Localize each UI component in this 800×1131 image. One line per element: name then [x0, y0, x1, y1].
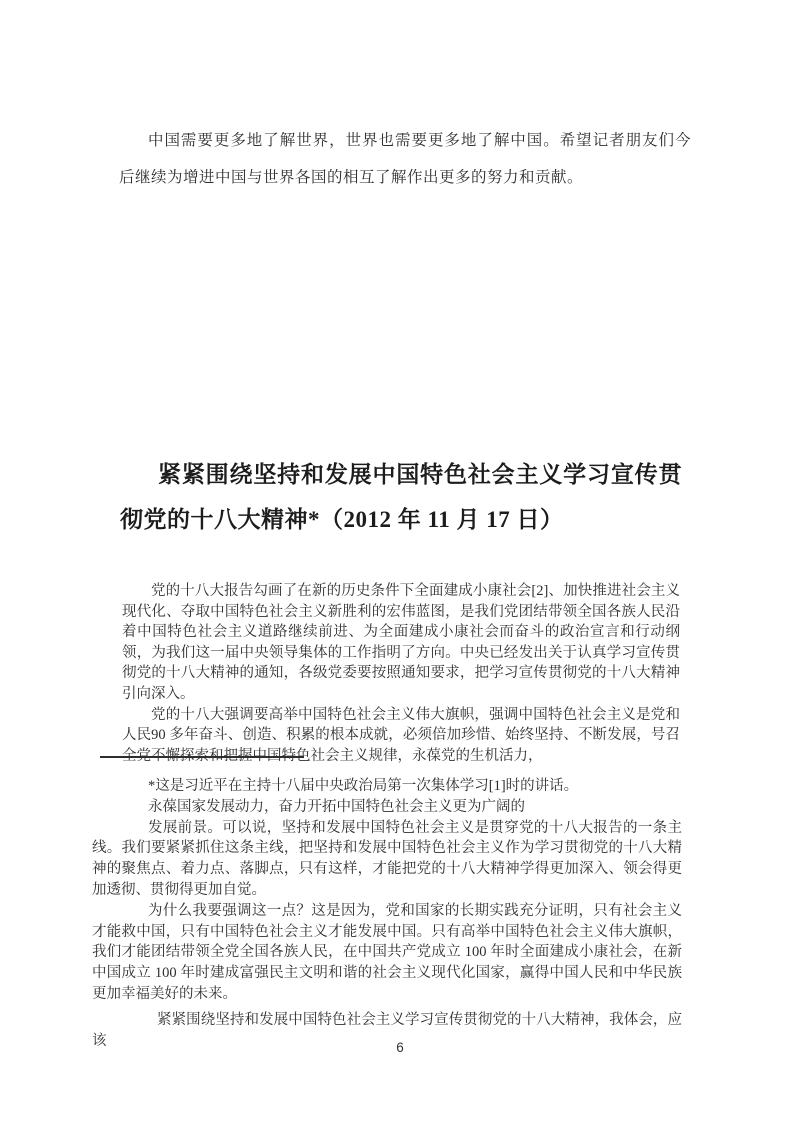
document-title: 紧紧围绕坚持和发展中国特色社会主义学习宣传贯彻党的十八大精神*（2012 年 1…	[120, 452, 682, 542]
body-paragraph-1: 党的十八大报告勾画了在新的历史条件下全面建成小康社会[2]、加快推进社会主义现代…	[122, 581, 680, 705]
body-continuation-fragment: 永葆国家发展动力，奋力开拓中国特色社会主义更为广阔的	[92, 797, 682, 818]
footnote-section-paragraph-2: 为什么我要强调这一点？这是因为，党和国家的长期实践充分证明，只有社会主义才能救中…	[92, 901, 682, 1005]
footnote-text: *这是习近平在主持十八届中央政治局第一次集体学习[1]时的讲话。	[92, 776, 682, 797]
footnote-section-paragraph-1: 发展前景。可以说，坚持和发展中国特色社会主义是贯穿党的十八大报告的一条主线。我们…	[92, 818, 682, 901]
document-page: 中国需要更多地了解世界，世界也需要更多地了解中国。希望记者朋友们今后继续为增进中…	[0, 0, 800, 1131]
intro-paragraph: 中国需要更多地了解世界，世界也需要更多地了解中国。希望记者朋友们今后继续为增进中…	[119, 122, 691, 196]
footnote-separator-line	[100, 756, 304, 758]
footnote-section: *这是习近平在主持十八届中央政治局第一次集体学习[1]时的讲话。 永葆国家发展动…	[92, 776, 682, 1051]
page-number: 6	[0, 1040, 800, 1055]
body-text-block: 党的十八大报告勾画了在新的历史条件下全面建成小康社会[2]、加快推进社会主义现代…	[122, 581, 680, 766]
